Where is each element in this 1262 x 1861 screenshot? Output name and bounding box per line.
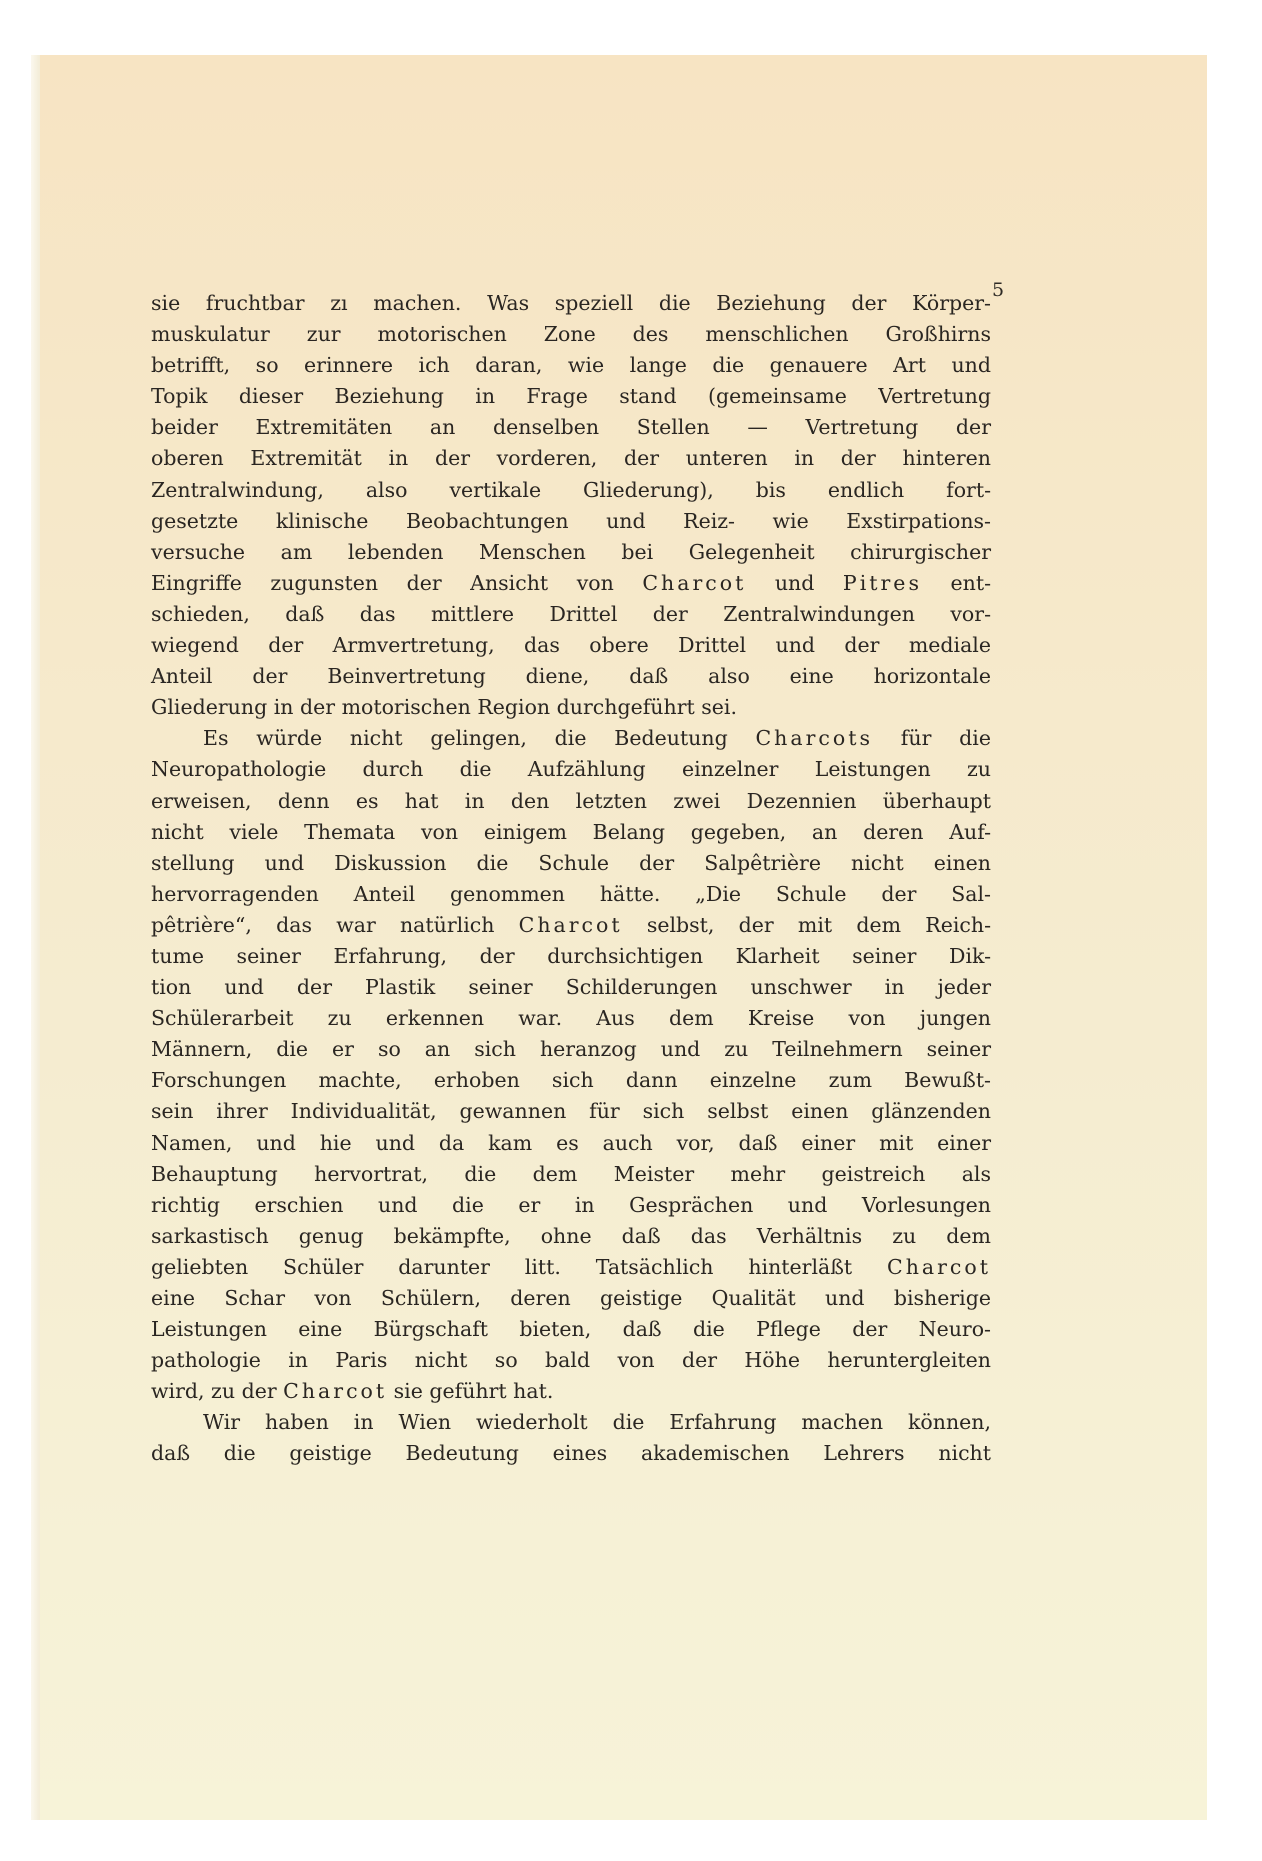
text-run: selbst, der mit dem Reich-: [623, 913, 991, 937]
text-line: sie fruchtbar zı machen. Was speziell di…: [151, 288, 991, 319]
text-line: wird, zu der Charcot sie geführt hat.: [151, 1376, 991, 1407]
text-line: Namen, und hie und da kam es auch vor, d…: [151, 1128, 991, 1159]
text-line: pathologie in Paris nicht so bald von de…: [151, 1345, 991, 1376]
text-line: Männern, die er so an sich heranzog und …: [151, 1034, 991, 1065]
text-line: betrifft, so erinnere ich daran, wie lan…: [151, 350, 991, 381]
text-run: sie geführt hat.: [387, 1379, 553, 1403]
text-line: hervorragenden Anteil genommen hätte. „D…: [151, 879, 991, 910]
text-line: geliebten Schüler darunter litt. Tatsäch…: [151, 1252, 991, 1283]
text-line: Eingriffe zugunsten der Ansicht von Char…: [151, 568, 991, 599]
text-line: muskulatur zur motorischen Zone des mens…: [151, 319, 991, 350]
text-line: versuche am lebenden Menschen bei Gelege…: [151, 537, 991, 568]
text-line: stellung und Diskussion die Schule der S…: [151, 848, 991, 879]
text-line: eine Schar von Schülern, deren geistige …: [151, 1283, 991, 1314]
text-line: pêtrière“, das war natürlich Charcot sel…: [151, 910, 991, 941]
text-line: Zentralwindung, also vertikale Gliederun…: [151, 475, 991, 506]
text-line: Leistungen eine Bürgschaft bieten, daß d…: [151, 1314, 991, 1345]
text-run: geliebten Schüler darunter litt. Tatsäch…: [151, 1255, 887, 1279]
text-line: gesetzte klinische Beobachtungen und Rei…: [151, 506, 991, 537]
text-line: sarkastisch genug bekämpfte, ohne daß da…: [151, 1221, 991, 1252]
emphasized-name: Charcot: [283, 1379, 387, 1403]
text-line: tume seiner Erfahrung, der durchsichtige…: [151, 941, 991, 972]
text-line: richtig erschien und die er in Gespräche…: [151, 1190, 991, 1221]
text-line: sein ihrer Individualität, gewannen für …: [151, 1096, 991, 1127]
text-line: beider Extremitäten an denselben Stellen…: [151, 412, 991, 443]
book-page: 5 sie fruchtbar zı machen. Was speziell …: [40, 55, 1207, 1820]
text-run: für die: [873, 726, 991, 750]
text-line: Neuropathologie durch die Aufzählung ein…: [151, 754, 991, 785]
text-line: erweisen, denn es hat in den letzten zwe…: [151, 786, 991, 817]
text-run: Es würde nicht gelingen, die Bedeutung: [203, 726, 756, 750]
emphasized-name: Charcots: [756, 726, 874, 750]
text-line: tion und der Plastik seiner Schilderunge…: [151, 972, 991, 1003]
text-line: wiegend der Armvertretung, das obere Dri…: [151, 630, 991, 661]
text-line: Schülerarbeit zu erkennen war. Aus dem K…: [151, 1003, 991, 1034]
emphasized-name: Pitres: [843, 571, 922, 595]
emphasized-name: Charcot: [519, 913, 623, 937]
text-line: daß die geistige Bedeutung eines akademi…: [151, 1438, 991, 1469]
text-line: Topik dieser Beziehung in Frage stand (g…: [151, 381, 991, 412]
page-number: 5: [992, 279, 1004, 301]
text-line: Forschungen machte, erhoben sich dann ei…: [151, 1065, 991, 1096]
text-run: Eingriffe zugunsten der Ansicht von: [151, 571, 642, 595]
emphasized-name: Charcot: [887, 1255, 991, 1279]
text-line: Anteil der Beinvertretung diene, daß als…: [151, 661, 991, 692]
text-line: Behauptung hervortrat, die dem Meister m…: [151, 1159, 991, 1190]
text-run: pêtrière“, das war natürlich: [151, 913, 519, 937]
text-line: oberen Extremität in der vorderen, der u…: [151, 443, 991, 474]
body-text: sie fruchtbar zı machen. Was speziell di…: [151, 288, 991, 1470]
text-line: schieden, daß das mittlere Drittel der Z…: [151, 599, 991, 630]
text-run: wird, zu der: [151, 1379, 283, 1403]
text-line: nicht viele Themata von einigem Belang g…: [151, 817, 991, 848]
paragraph-start-line: Es würde nicht gelingen, die Bedeutung C…: [151, 723, 991, 754]
text-run: und: [746, 571, 843, 595]
paragraph-start-line: Wir haben in Wien wiederholt die Erfahru…: [151, 1407, 991, 1438]
emphasized-name: Charcot: [642, 571, 746, 595]
text-line: Gliederung in der motorischen Region dur…: [151, 692, 991, 723]
text-run: ent-: [922, 571, 991, 595]
